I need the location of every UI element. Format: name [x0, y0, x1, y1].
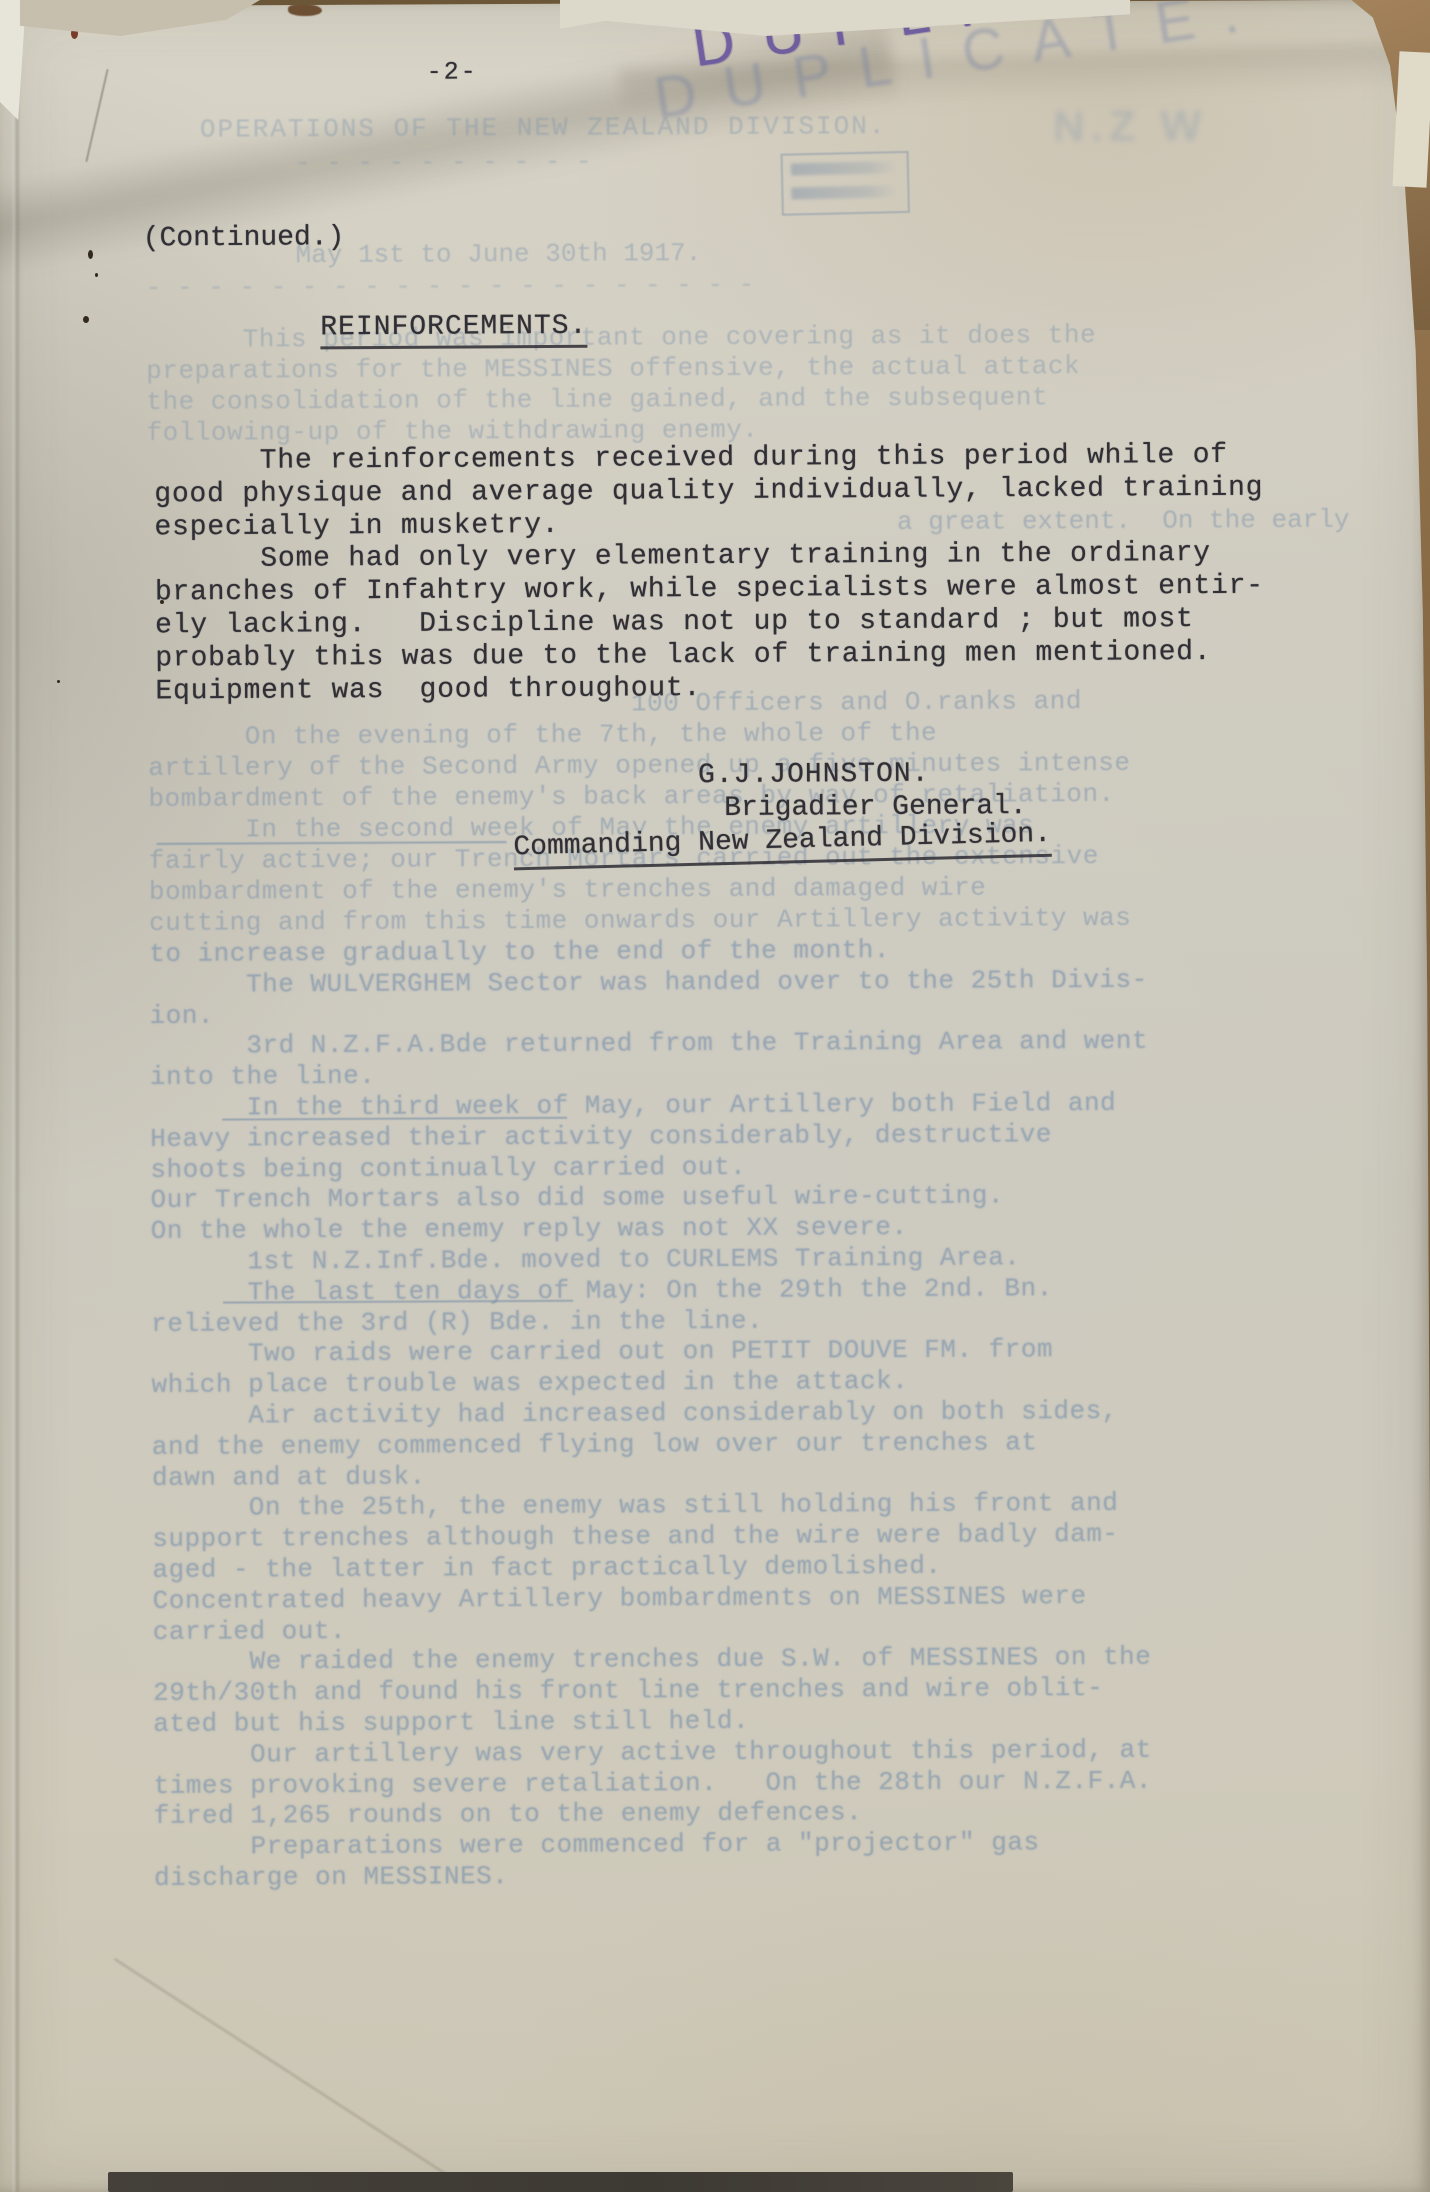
scanned-document-page: OPERATIONS OF THE NEW ZEALAND DIVISION. …: [0, 0, 1430, 2192]
section-heading: REINFORCEMENTS.: [320, 311, 587, 350]
typed-text-layer: -2- (Continued.) REINFORCEMENTS. The rei…: [0, 0, 1430, 2192]
signature-unit: Commanding New Zealand Division.: [513, 819, 1051, 871]
typed-line: probably this was due to the lack of tra…: [155, 636, 1264, 676]
paper-sheet: OPERATIONS OF THE NEW ZEALAND DIVISION. …: [0, 0, 1430, 2192]
typed-line: Equipment was good throughout.: [155, 669, 1264, 709]
page-number: -2-: [427, 57, 478, 86]
torn-scrap: [1392, 51, 1430, 188]
body-paragraphs: The reinforcements received during this …: [154, 440, 1265, 709]
typed-line: good physique and average quality indivi…: [154, 472, 1263, 512]
continued-note: (Continued.): [143, 222, 345, 254]
bottom-dark-strip: [108, 2172, 1013, 2192]
signature-name: G.J.JOHNSTON.: [698, 759, 930, 791]
signature-rank: Brigadier General.: [724, 791, 1027, 824]
